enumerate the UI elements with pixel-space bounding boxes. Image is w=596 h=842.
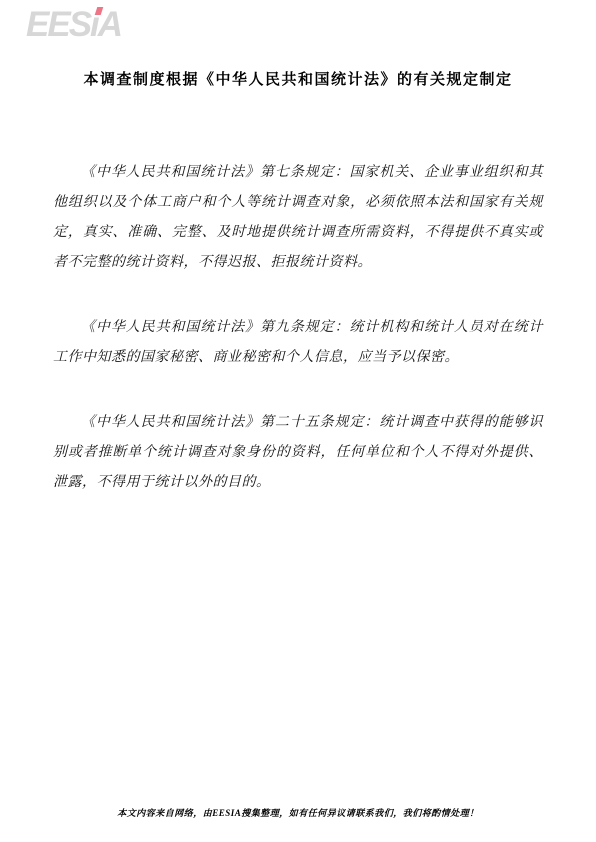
footer-disclaimer: 本文内容来自网络，由EESIA搜集整理，如有任何异议请联系我们，我们将酌情处理！	[0, 806, 596, 819]
document-page: EESıA 本调查制度根据《中华人民共和国统计法》的有关规定制定 《中华人民共和…	[0, 0, 596, 842]
logo-letter-i: ı	[90, 4, 98, 46]
logo-text-prefix: EES	[26, 5, 90, 44]
paragraph-article-7: 《中华人民共和国统计法》第七条规定：国家机关、企业事业组织和其他组织以及个体工商…	[53, 158, 543, 278]
page-title: 本调查制度根据《中华人民共和国统计法》的有关规定制定	[0, 68, 596, 89]
body-text: 《中华人民共和国统计法》第七条规定：国家机关、企业事业组织和其他组织以及个体工商…	[53, 158, 543, 533]
paragraph-article-25: 《中华人民共和国统计法》第二十五条规定：统计调查中获得的能够识别或者推断单个统计…	[53, 408, 543, 498]
eesia-logo: EESıA	[26, 4, 121, 46]
paragraph-article-9: 《中华人民共和国统计法》第九条规定：统计机构和统计人员对在统计工作中知悉的国家秘…	[53, 313, 543, 373]
